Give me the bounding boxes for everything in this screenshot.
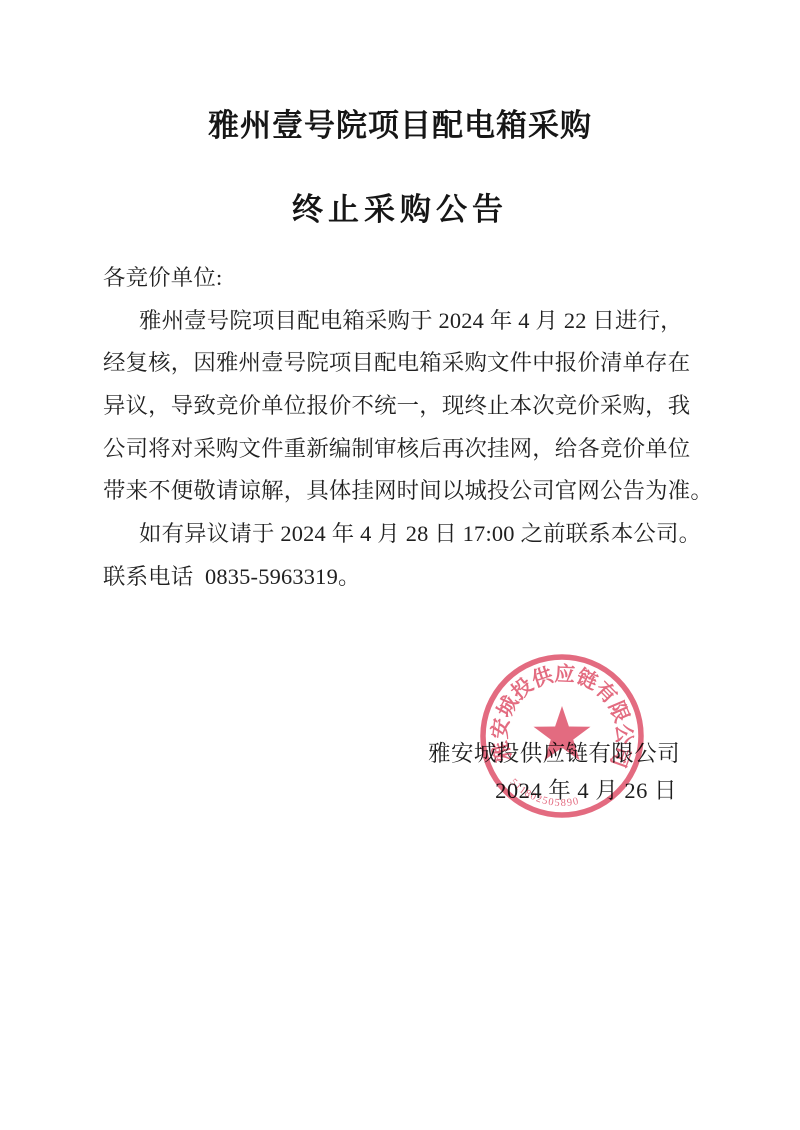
signature-company-name: 雅安城投供应链有限公司 <box>428 736 680 768</box>
signature-date: 2024 年 4 月 26 日 <box>495 773 677 805</box>
body-line: 雅州壹号院项目配电箱采购于 2024 年 4 月 22 日进行， <box>103 300 703 343</box>
document-page: 雅州壹号院项目配电箱采购 终止采购公告 各竞价单位: 雅州壹号院项目配电箱采购于… <box>0 0 800 1130</box>
body-line: 公司将对采购文件重新编制审核后再次挂网，给各竞价单位 <box>103 428 703 471</box>
body-line: 如有异议请于 2024 年 4 月 28 日 17:00 之前联系本公司。 <box>103 513 703 556</box>
body-line: 异议，导致竞价单位报价不统一，现终止本次竞价采购，我 <box>103 385 703 428</box>
body-line-salutation: 各竞价单位: <box>103 257 703 300</box>
document-body: 各竞价单位: 雅州壹号院项目配电箱采购于 2024 年 4 月 22 日进行， … <box>103 257 703 599</box>
body-line: 带来不便敬请谅解，具体挂网时间以城投公司官网公告为准。 <box>103 470 703 513</box>
document-title: 雅州壹号院项目配电箱采购 <box>0 100 800 145</box>
body-line-contact-phone: 联系电话 0835-5963319。 <box>103 556 703 599</box>
body-line: 经复核，因雅州壹号院项目配电箱采购文件中报价清单存在 <box>103 342 703 385</box>
document-subtitle: 终止采购公告 <box>0 184 800 229</box>
